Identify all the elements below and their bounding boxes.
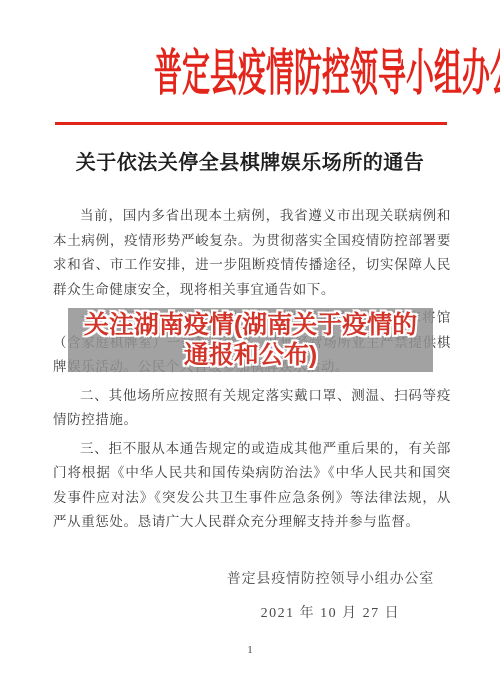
notice-paragraph-item3: 三、拒不服从本通告规定的或造成其他严重后果的，有关部门将根据《中华人民共和国传染… xyxy=(53,437,451,535)
signature-issuer: 普定县疫情防控领导小组办公室 xyxy=(227,568,434,588)
signature-block: 普定县疫情防控领导小组办公室 2021 年 10 月 27 日 xyxy=(227,568,434,622)
issuer-banner-text: 普定县疫情防控领导小组办公室 xyxy=(154,40,500,106)
notice-paragraph-intro: 当前，国内多省出现本土病例，我省遵义市出现关联病例和本土病例，疫情形势严峻复杂。… xyxy=(53,204,451,302)
news-caption-overlay: 关注湖南疫情(湖南关于疫情的通报和公布) xyxy=(68,308,433,372)
notice-page: 普定县疫情防控领导小组办公室 关于依法关停全县棋牌娱乐场所的通告 当前，国内多省… xyxy=(0,0,500,686)
red-divider xyxy=(55,122,447,125)
notice-paragraph-item2: 二、其他场所应按照有关规定落实戴口罩、测温、扫码等疫情防控措施。 xyxy=(53,384,451,433)
page-number: 1 xyxy=(0,644,500,656)
issuer-banner: 普定县疫情防控领导小组办公室 xyxy=(0,40,500,106)
news-caption-text: 关注湖南疫情(湖南关于疫情的通报和公布) xyxy=(74,310,427,370)
signature-date: 2021 年 10 月 27 日 xyxy=(227,602,434,622)
notice-title: 关于依法关停全县棋牌娱乐场所的通告 xyxy=(0,146,500,175)
